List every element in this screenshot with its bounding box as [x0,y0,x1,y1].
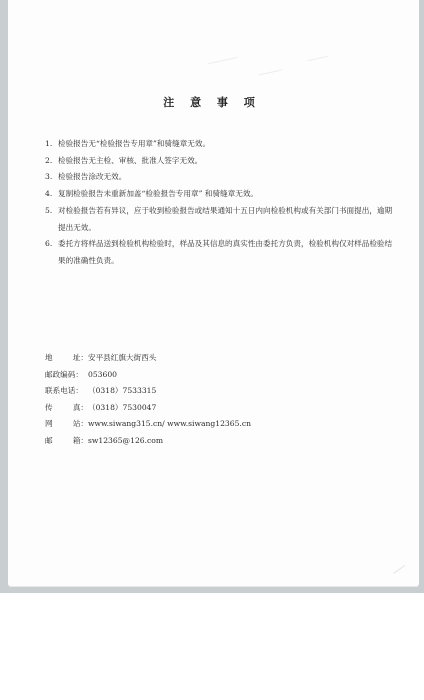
note-number: 6. [45,236,58,269]
note-text: 对检验报告若有异议，应于收到检验报告或结果通知十五日内向检验机构或有关部门书面提… [58,203,395,236]
label-part: 传 [45,400,53,417]
note-text: 复制检验报告未重新加盖“检验报告专用章” 和骑缝章无效。 [58,186,395,203]
notes-list: 1. 检验报告无“检验报告专用章”和骑缝章无效。 2. 检验报告无主检、审核、批… [45,136,395,270]
contact-label: 网 站： [45,416,88,433]
note-text: 检验报告涂改无效。 [58,169,395,186]
note-number: 2. [45,153,58,170]
phone-value: （0318）7533315 [88,383,375,400]
note-item: 5. 对检验报告若有异议，应于收到检验报告或结果通知十五日内向检验机构或有关部门… [45,203,395,236]
contact-label: 邮政编码： [45,367,88,384]
page-title: 注 意 事 项 [0,94,424,110]
label-part: 箱： [73,433,88,450]
label-part: 网 [45,416,53,433]
contact-postcode: 邮政编码： 053600 [45,367,375,384]
contact-label: 联系电话： [45,383,88,400]
scan-artifact [258,70,282,76]
note-item: 2. 检验报告无主检、审核、批准人签字无效。 [45,153,395,170]
note-number: 5. [45,203,58,236]
address-value: 安平县红旗大街西头 [88,350,375,367]
contact-phone: 联系电话： （0318）7533315 [45,383,375,400]
note-item: 1. 检验报告无“检验报告专用章”和骑缝章无效。 [45,136,395,153]
scan-artifact [208,57,238,64]
note-number: 3. [45,169,58,186]
note-item: 3. 检验报告涂改无效。 [45,169,395,186]
contact-email: 邮 箱： sw12365@126.com [45,433,375,450]
note-number: 4. [45,186,58,203]
note-number: 1. [45,136,58,153]
contact-label: 地 址： [45,350,88,367]
contact-label: 传 真： [45,400,88,417]
email-value: sw12365@126.com [88,433,375,450]
note-text: 检验报告无“检验报告专用章”和骑缝章无效。 [58,136,395,153]
note-item: 6. 委托方将样品送到检验机构检验时，样品及其信息的真实性由委托方负责，检验机构… [45,236,395,269]
contact-address: 地 址： 安平县红旗大街西头 [45,350,375,367]
label-part: 址： [73,350,88,367]
scan-artifact [308,56,328,61]
label-part: 邮政编码： [45,367,83,384]
note-text: 委托方将样品送到检验机构检验时，样品及其信息的真实性由委托方负责，检验机构仅对样… [58,236,395,269]
label-part: 邮 [45,433,53,450]
contact-label: 邮 箱： [45,433,88,450]
postcode-value: 053600 [88,367,375,384]
website-value: www.siwang315.cn/ www.siwang12365.cn [88,416,375,433]
label-part: 地 [45,350,53,367]
contact-website: 网 站： www.siwang315.cn/ www.siwang12365.c… [45,416,375,433]
label-part: 真： [73,400,88,417]
note-text: 检验报告无主检、审核、批准人签字无效。 [58,153,395,170]
label-part: 联系电话： [45,383,83,400]
note-item: 4. 复制检验报告未重新加盖“检验报告专用章” 和骑缝章无效。 [45,186,395,203]
label-part: 站： [73,416,88,433]
document-page [8,0,419,587]
contact-info: 地 址： 安平县红旗大街西头 邮政编码： 053600 联系电话： （0318）… [45,350,375,449]
fax-value: （0318）7530047 [88,400,375,417]
contact-fax: 传 真： （0318）7530047 [45,400,375,417]
scan-artifact [393,565,411,582]
